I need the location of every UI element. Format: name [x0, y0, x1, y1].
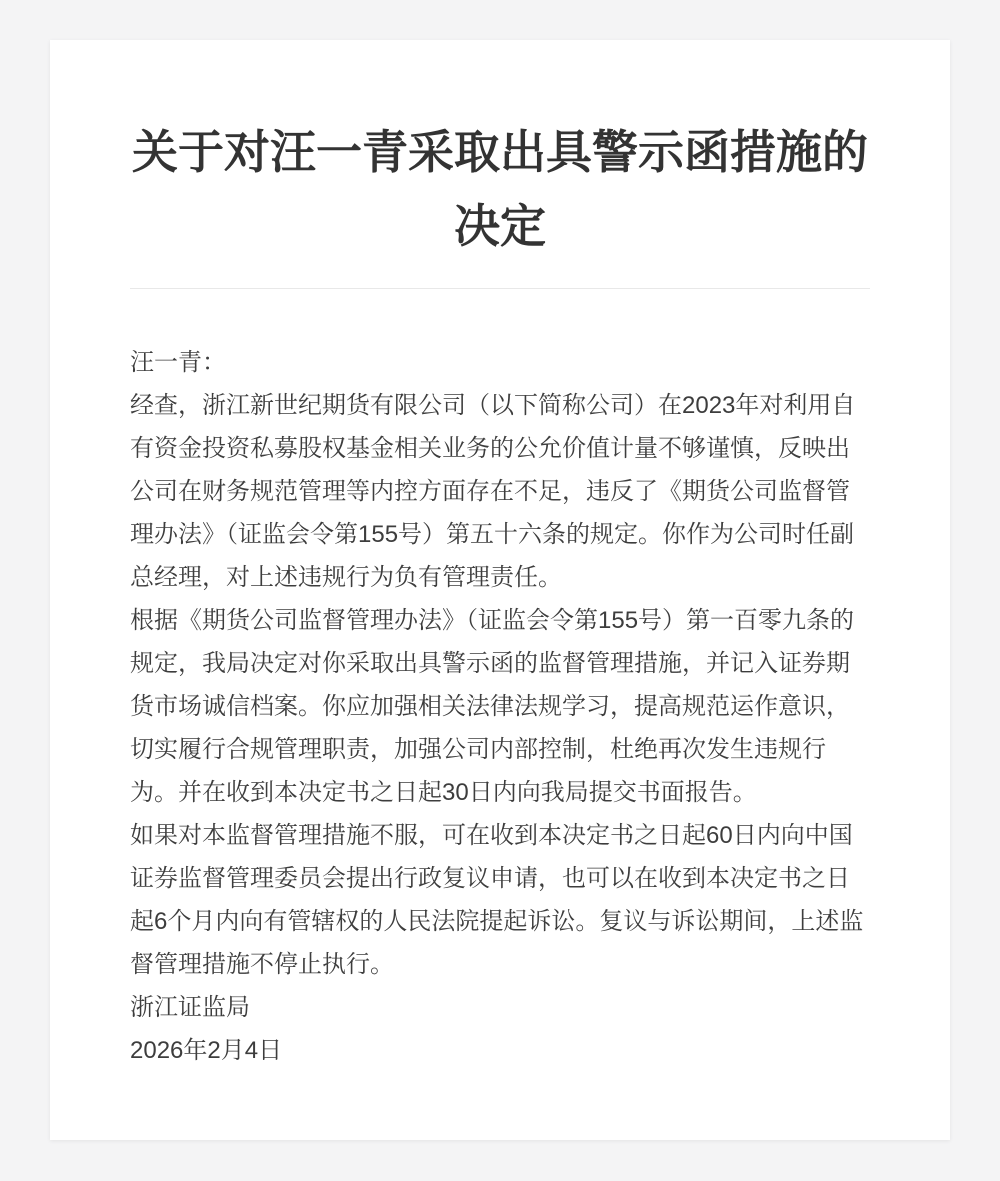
document-title: 关于对汪一青采取出具警示函措施的决定 — [130, 115, 870, 263]
page-background: 关于对汪一青采取出具警示函措施的决定 汪一青： 经查，浙江新世纪期货有限公司（以… — [0, 40, 1000, 1140]
paragraph-facts: 经查，浙江新世纪期货有限公司（以下简称公司）在2023年对利用自有资金投资私募股… — [130, 384, 870, 599]
paragraph-decision: 根据《期货公司监督管理办法》（证监会令第155号）第一百零九条的规定，我局决定对… — [130, 599, 870, 814]
signature: 浙江证监局 — [130, 986, 870, 1029]
paragraph-appeal: 如果对本监督管理措施不服，可在收到本决定书之日起60日内向中国证券监督管理委员会… — [130, 814, 870, 986]
document-card: 关于对汪一青采取出具警示函措施的决定 汪一青： 经查，浙江新世纪期货有限公司（以… — [50, 40, 950, 1140]
document-body: 汪一青： 经查，浙江新世纪期货有限公司（以下简称公司）在2023年对利用自有资金… — [130, 341, 870, 1072]
title-divider — [130, 288, 870, 289]
date: 2026年2月4日 — [130, 1029, 870, 1072]
salutation: 汪一青： — [130, 341, 870, 384]
